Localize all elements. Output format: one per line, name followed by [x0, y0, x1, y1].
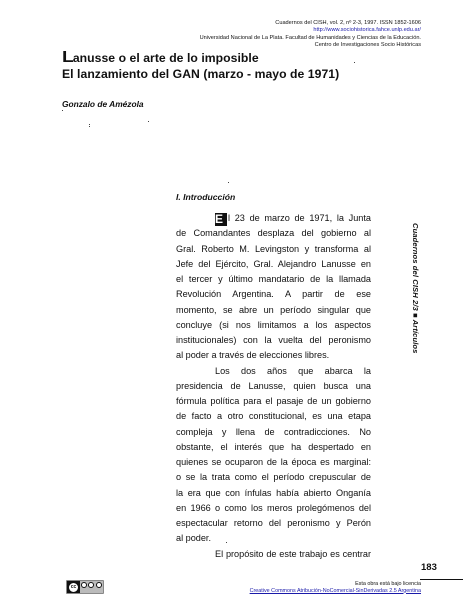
body-line: compleja y llena de contradicciones. No	[176, 425, 371, 440]
scan-speck	[148, 121, 149, 122]
journal-header: Cuadernos del CISH, vol. 2, nº 2-3, 1997…	[200, 20, 421, 49]
page-number-rule	[420, 579, 463, 580]
body-line: al poder a través de elecciones libres.	[176, 348, 371, 363]
body-line: espectacular retorno del peronismo y Per…	[176, 516, 371, 531]
scan-speck	[62, 110, 63, 111]
body-line: quienes se ocuparon de la época es margi…	[176, 455, 371, 470]
by-icon	[81, 582, 87, 588]
scan-speck	[89, 124, 90, 125]
nc-icon	[88, 582, 94, 588]
cc-license-icons	[80, 581, 103, 593]
side-label-text: Cuadernos del CISH 2/3 ■ Artículos	[411, 223, 420, 354]
body-line: Gral. Roberto M. Levingston y transforma…	[176, 242, 371, 257]
title-text: anusse o el arte de lo imposible	[73, 51, 259, 65]
article-title: Lanusse o el arte de lo imposible	[62, 50, 339, 66]
body-line: presidencia de Lanusse, quien busca una	[176, 379, 371, 394]
cc-icon: cc	[68, 582, 79, 593]
side-running-label: Cuadernos del CISH 2/3 ■ Artículos	[410, 223, 420, 343]
body-line: Revolución Argentina. A partir de ese	[176, 287, 371, 302]
license-link[interactable]: Creative Commons Atribución-NoComercial-…	[250, 588, 421, 595]
title-dropcap: L	[62, 52, 74, 64]
body-line: El 23 de marzo de 1971, la Junta	[176, 211, 371, 226]
body-line: momento, se abre un período singular que	[176, 303, 371, 318]
nd-icon	[96, 582, 102, 588]
creative-commons-badge[interactable]: cc	[66, 580, 104, 594]
journal-url-link[interactable]: http://www.sociohistorica.fahce.unlp.edu…	[200, 27, 421, 34]
article-title-block: Lanusse o el arte de lo imposible El lan…	[62, 50, 339, 82]
article-subtitle: El lanzamiento del GAN (marzo - mayo de …	[62, 66, 339, 82]
journal-citation: Cuadernos del CISH, vol. 2, nº 2-3, 1997…	[200, 20, 421, 27]
body-line: obstante, el interés que ha despertado e…	[176, 440, 371, 455]
body-line: institucionales) con la vuelta del peron…	[176, 333, 371, 348]
article-author: Gonzalo de Amézola	[62, 99, 144, 109]
article-body: El 23 de marzo de 1971, la Junta de Coma…	[176, 211, 371, 562]
body-line: el tercer y último mandatario de la llam…	[176, 272, 371, 287]
body-line: concluye (si nos limitamos a los aspecto…	[176, 318, 371, 333]
body-line: o se la trata como el período crepuscula…	[176, 470, 371, 485]
license-notice: Esta obra está bajo licencia Creative Co…	[250, 581, 421, 594]
body-line: fórmula política para el pasaje de un go…	[176, 394, 371, 409]
body-line: la era que con ínfulas había abierto Ong…	[176, 486, 371, 501]
institution-line: Universidad Nacional de La Plata. Facult…	[200, 35, 421, 42]
center-line: Centro de Investigaciones Socio Históric…	[200, 42, 421, 49]
page-number: 183	[421, 562, 437, 573]
scan-speck	[228, 182, 229, 183]
body-dropcap: E	[215, 213, 227, 226]
body-line: en 1966 o como los meros prolegómenos de…	[176, 501, 371, 516]
body-line: Jefe del Ejército, Gral. Alejandro Lanus…	[176, 257, 371, 272]
scan-speck	[89, 126, 90, 127]
scan-speck	[354, 62, 355, 63]
section-heading: I. Introducción	[176, 192, 235, 202]
body-line: El propósito de este trabajo es centrar	[176, 547, 371, 562]
body-line: de Comandantes desplaza del gobierno al	[176, 226, 371, 241]
body-line: de facto a otro constitucional, es una e…	[176, 409, 371, 424]
license-intro: Esta obra está bajo licencia	[250, 581, 421, 588]
body-line: al poder.	[176, 531, 371, 546]
body-line: Los dos años que abarca la	[176, 364, 371, 379]
